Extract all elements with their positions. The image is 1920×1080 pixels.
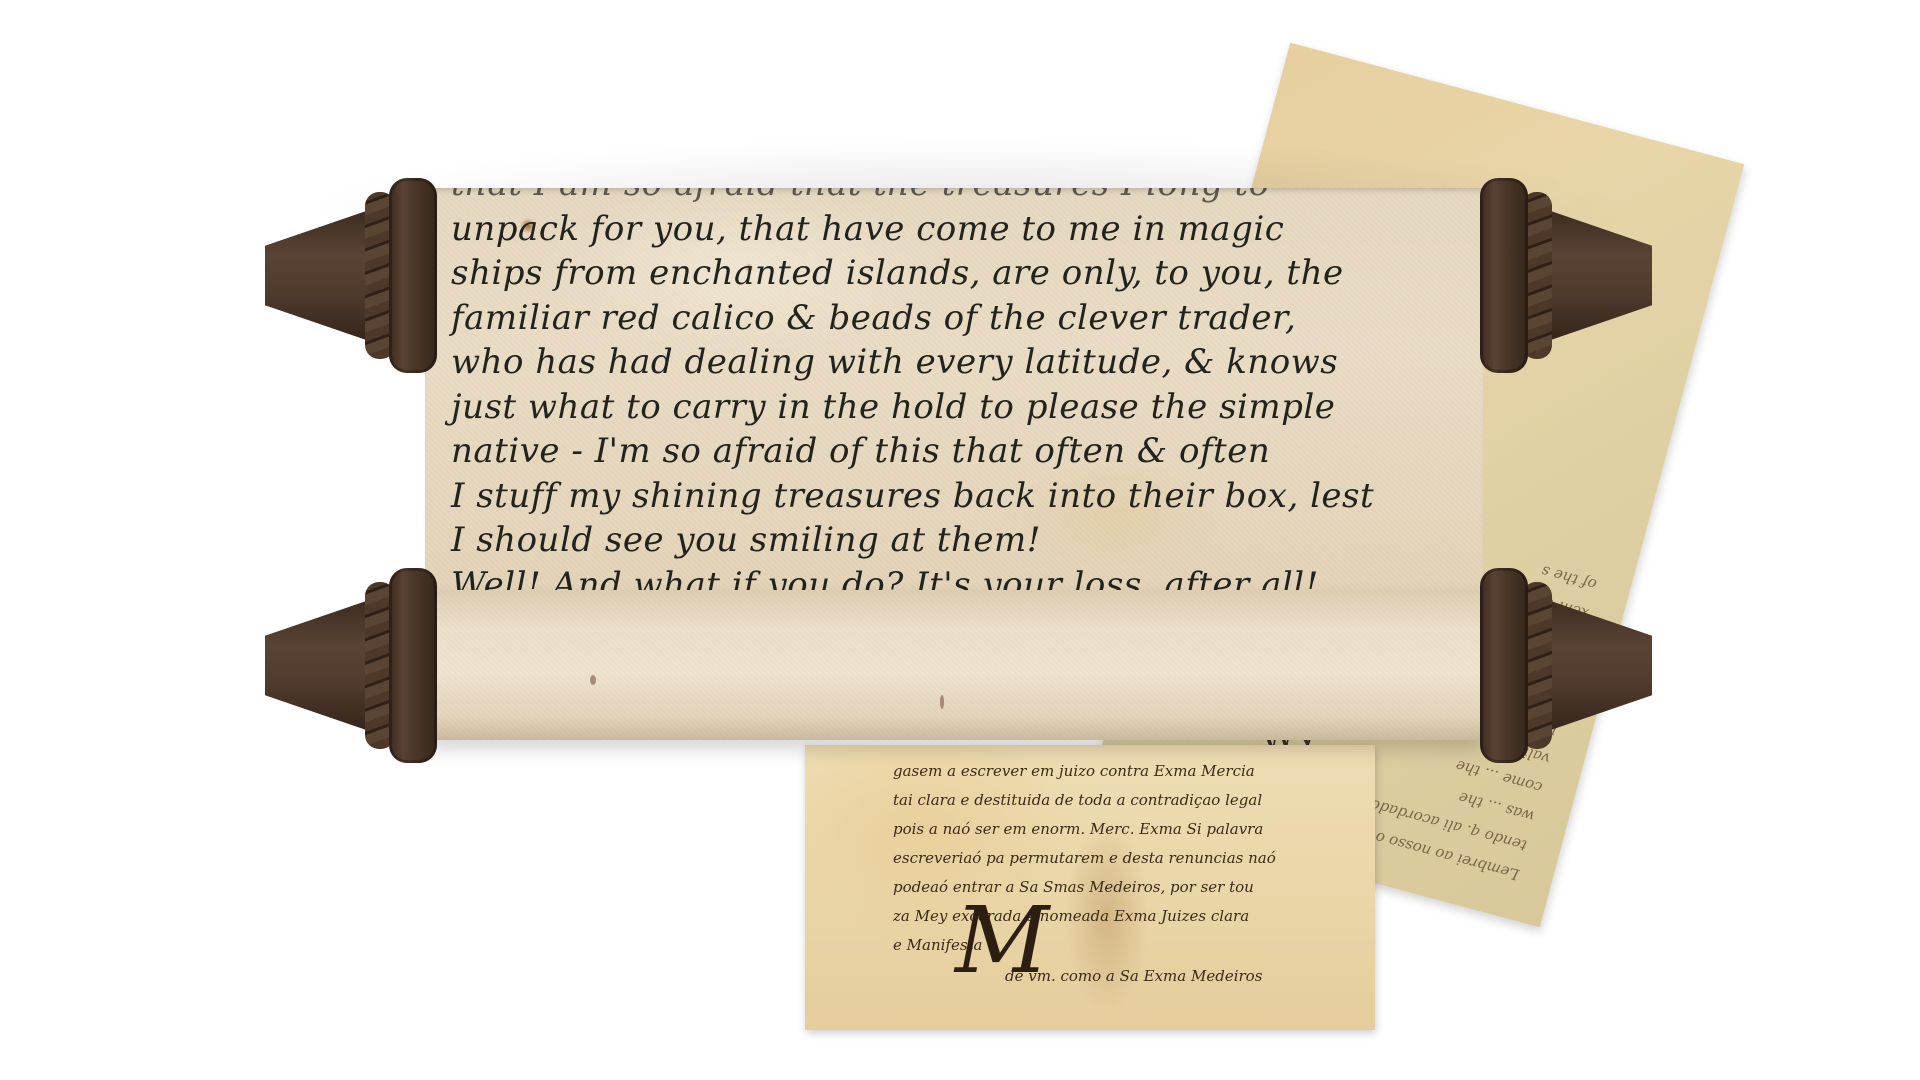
front-letter-closing: de vm. como a Sa Exma Medeiros <box>1005 967 1262 985</box>
handle-finial <box>1542 208 1652 343</box>
handle-collar <box>389 178 437 373</box>
scroll-line: ships from enchanted islands, are only, … <box>451 251 1463 296</box>
scene: Lembrei ao nosso o dourado, tendo q. ali… <box>0 0 1920 1080</box>
roller-spot <box>940 695 944 709</box>
front-letter-line: pois a naó ser em enorm. Merc. Exma Si p… <box>893 815 1335 844</box>
scroll-line: unpack for you, that have come to me in … <box>451 207 1463 252</box>
top-left-handle-icon <box>262 178 437 373</box>
scroll-line: just what to carry in the hold to please… <box>451 385 1463 430</box>
handle-finial <box>1542 598 1652 733</box>
scroll-sheet: that I am so afraid that the treasures I… <box>425 188 1483 598</box>
front-letter: gasem a escrever em juizo contra Exma Me… <box>805 745 1375 1030</box>
scroll-line: who has had dealing with every latitude,… <box>451 340 1463 385</box>
roller-spot <box>590 675 596 685</box>
handle-finial <box>265 208 375 343</box>
bottom-roller <box>425 590 1485 740</box>
scroll-line: I stuff my shining treasures back into t… <box>451 474 1463 519</box>
bottom-right-handle-icon <box>1480 568 1655 763</box>
handle-collar <box>1480 568 1528 763</box>
front-letter-line: tai clara e destituida de toda a contrad… <box>893 786 1335 815</box>
handle-collar <box>1480 178 1528 373</box>
handle-collar <box>389 568 437 763</box>
handle-finial <box>265 598 375 733</box>
front-letter-line: gasem a escrever em juizo contra Exma Me… <box>893 757 1335 786</box>
front-letter-line: escreveriaó pa permutarem e desta renunc… <box>893 844 1335 873</box>
top-right-handle-icon <box>1480 178 1655 373</box>
bottom-left-handle-icon <box>262 568 437 763</box>
scroll-line-partial: that I am so afraid that the treasures I… <box>451 188 1463 207</box>
scroll-line: native - I'm so afraid of this that ofte… <box>451 429 1463 474</box>
scroll-line: familiar red calico & beads of the cleve… <box>451 296 1463 341</box>
scroll-handwriting: that I am so afraid that the treasures I… <box>451 188 1463 598</box>
scroll-line: I should see you smiling at them! <box>451 518 1463 563</box>
